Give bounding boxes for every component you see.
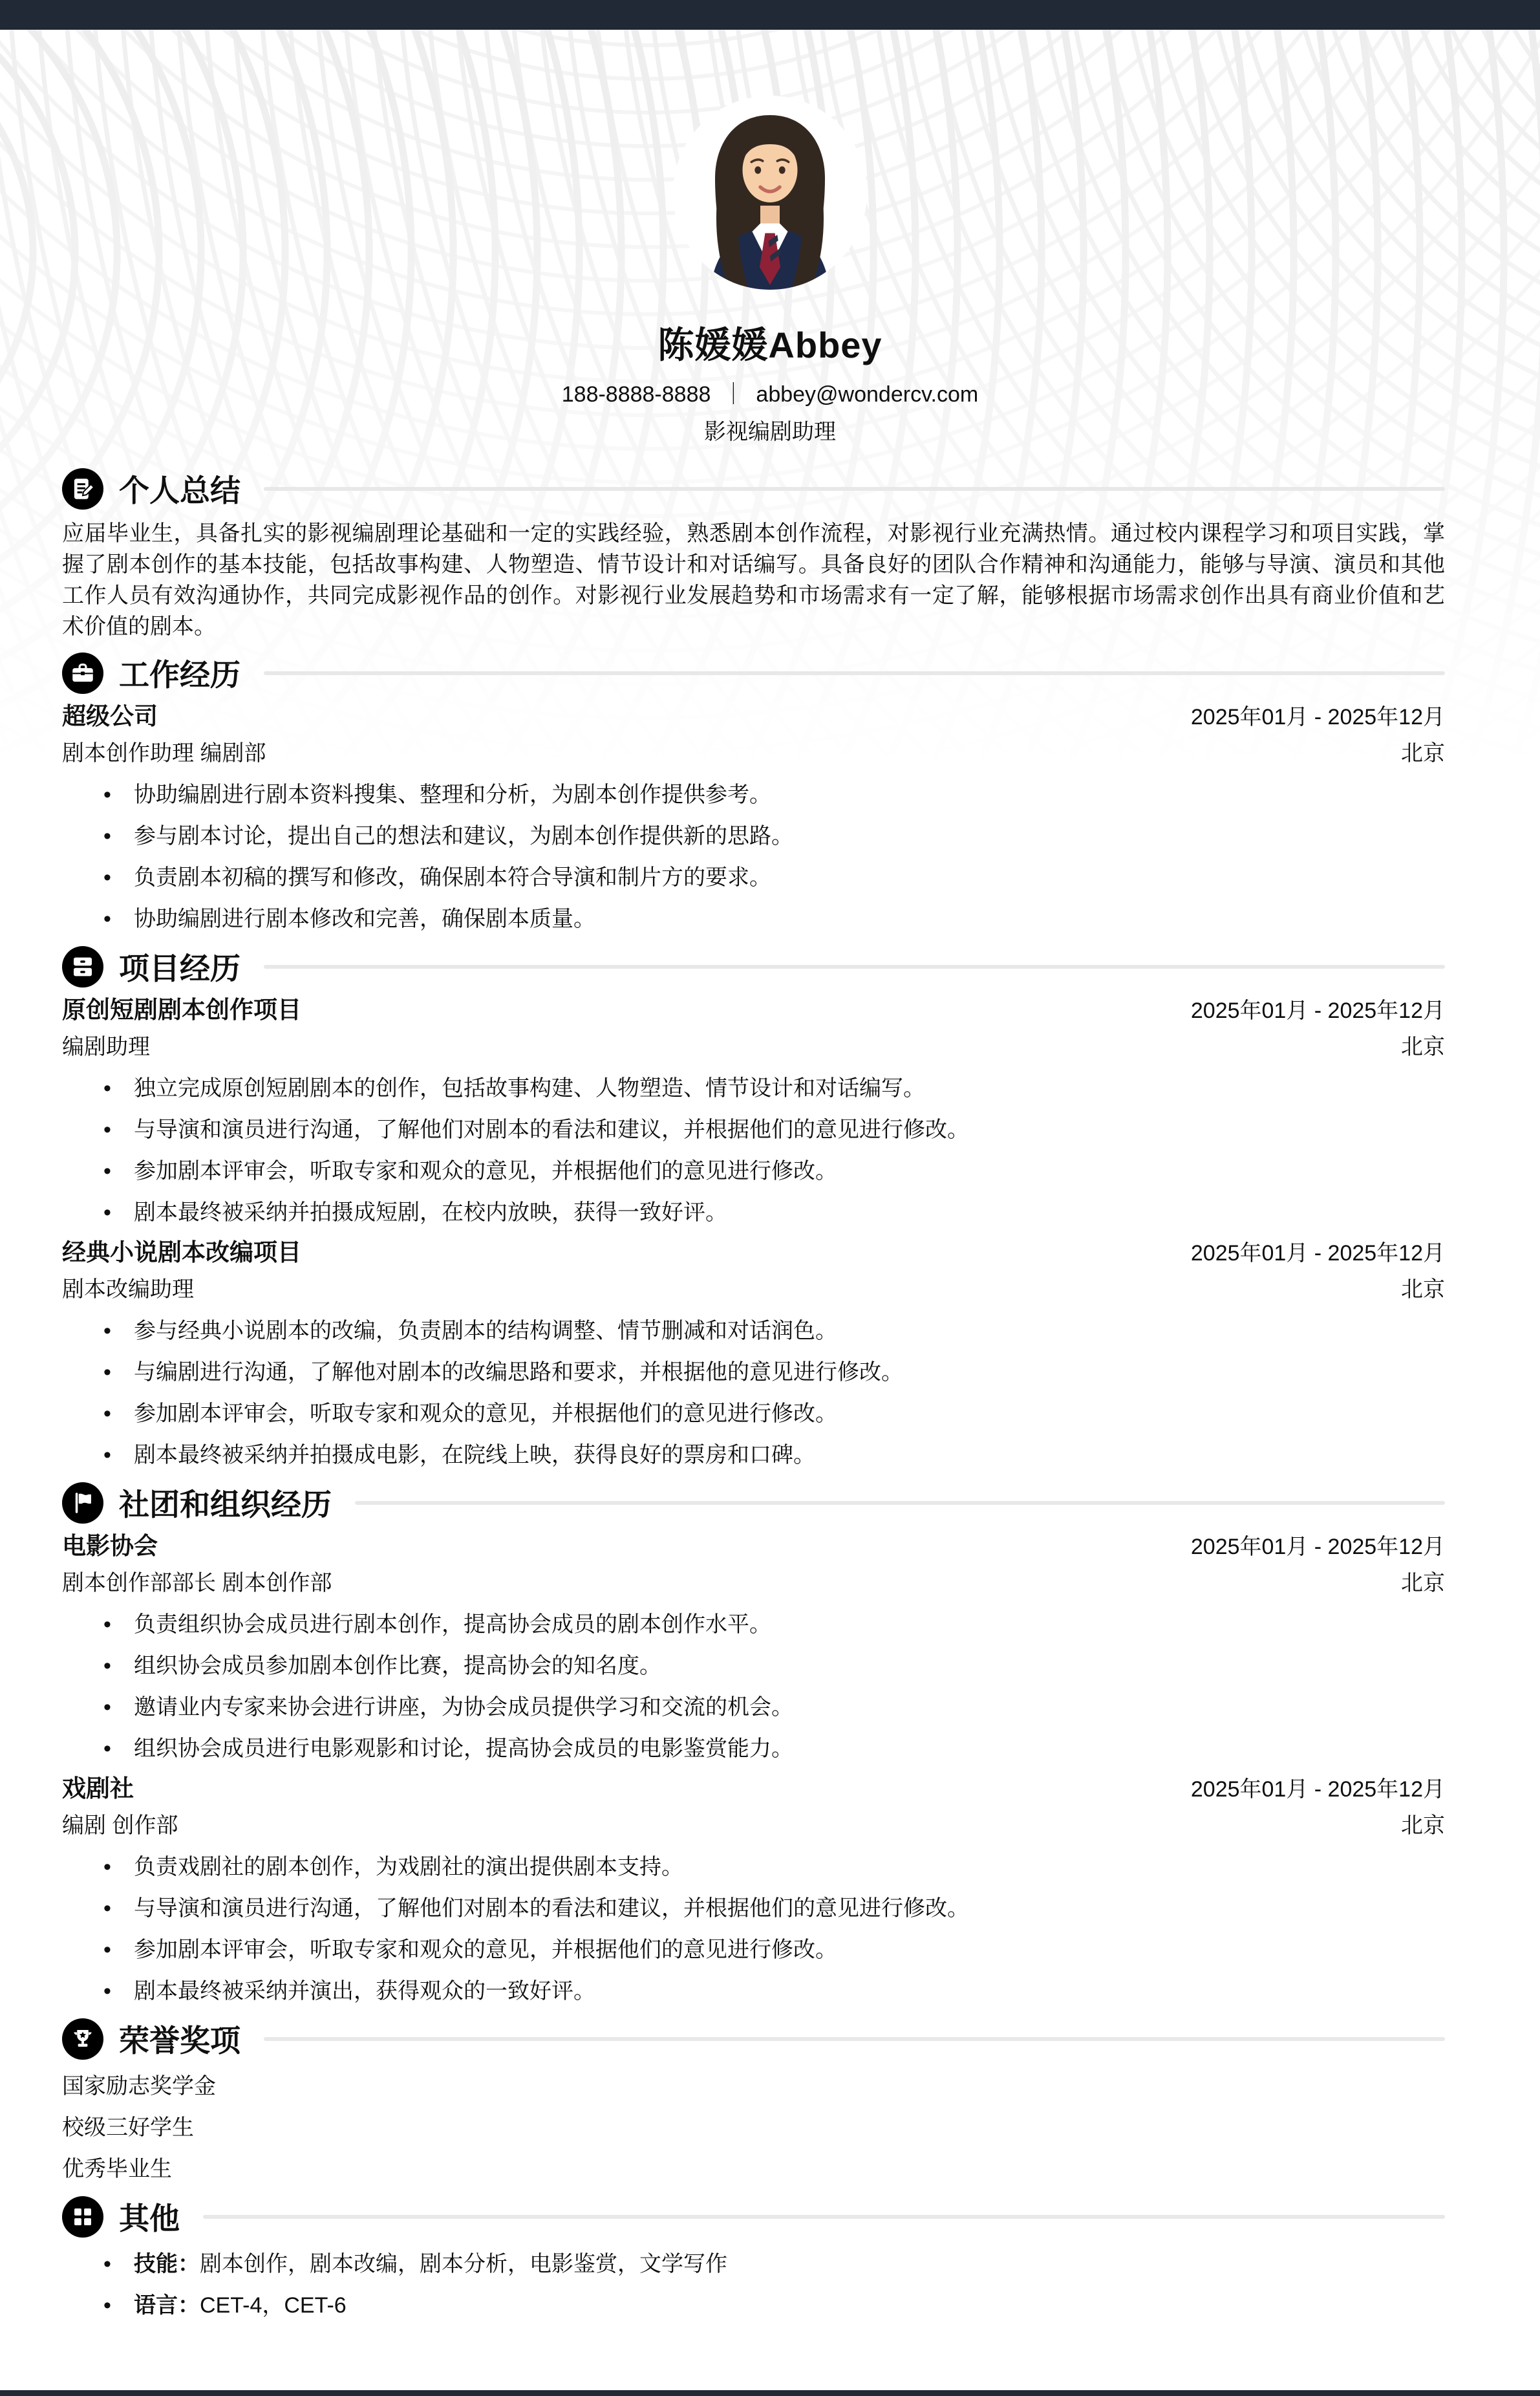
job-title: 影视编剧助理 bbox=[0, 416, 1540, 448]
pencil-document-icon bbox=[62, 468, 103, 510]
skills-text: 剧本创作，剧本改编，剧本分析，电影鉴赏，文学写作 bbox=[200, 2252, 727, 2276]
section-header: 其他 bbox=[62, 2195, 1445, 2238]
section-other: 其他 技能：剧本创作，剧本改编，剧本分析，电影鉴赏，文学写作 语言：CET-4，… bbox=[62, 2195, 1445, 2321]
section-honors: 荣誉奖项 国家励志奖学金 校级三好学生 优秀毕业生 bbox=[62, 2017, 1445, 2185]
languages-text: CET-4，CET-6 bbox=[200, 2293, 347, 2318]
phone-number: 188-8888-8888 bbox=[562, 382, 711, 407]
bullet-item: 剧本最终被采纳并拍摄成电影，在院线上映，获得良好的票房和口碑。 bbox=[62, 1440, 1445, 1471]
entry-organization: 戏剧社 bbox=[62, 1775, 134, 1803]
bullet-item: 独立完成原创短剧剧本的创作，包括故事构建、人物塑造、情节设计和对话编写。 bbox=[62, 1073, 1445, 1104]
section-header: 工作经历 bbox=[62, 651, 1445, 695]
entry-role: 编剧 创作部 bbox=[62, 1810, 178, 1841]
bullet-item: 剧本最终被采纳并拍摄成短剧，在校内放映，获得一致好评。 bbox=[62, 1197, 1445, 1228]
section-project-experience: 项目经历 原创短剧剧本创作项目 2025年01月 - 2025年12月 编剧助理… bbox=[62, 945, 1445, 1471]
bullet-item: 组织协会成员进行电影观影和讨论，提高协会成员的电影鉴赏能力。 bbox=[62, 1733, 1445, 1764]
candidate-name: 陈媛媛Abbey bbox=[0, 317, 1540, 369]
section-title: 项目经历 bbox=[119, 945, 241, 988]
person-portrait-illustration bbox=[673, 96, 867, 290]
section-club-experience: 社团和组织经历 电影协会 2025年01月 - 2025年12月 剧本创作部部长… bbox=[62, 1481, 1445, 2007]
bullet-item: 负责剧本初稿的撰写和修改，确保剧本符合导演和制片方的要求。 bbox=[62, 862, 1445, 893]
entry-date-range: 2025年01月 - 2025年12月 bbox=[1191, 1775, 1445, 1804]
entry-date-range: 2025年01月 - 2025年12月 bbox=[1191, 1533, 1445, 1561]
entry-organization: 原创短剧剧本创作项目 bbox=[62, 996, 301, 1024]
entry-organization: 超级公司 bbox=[62, 702, 158, 731]
languages-label: 语言： bbox=[134, 2293, 200, 2318]
section-title: 工作经历 bbox=[119, 651, 241, 695]
bullet-item: 剧本最终被采纳并演出，获得观众的一致好评。 bbox=[62, 1976, 1445, 2007]
bullet-item: 负责戏剧社的剧本创作，为戏剧社的演出提供剧本支持。 bbox=[62, 1851, 1445, 1883]
section-title: 其他 bbox=[119, 2195, 180, 2238]
bullet-list: 技能：剧本创作，剧本改编，剧本分析，电影鉴赏，文学写作 语言：CET-4，CET… bbox=[62, 2249, 1445, 2321]
entry-organization: 电影协会 bbox=[62, 1532, 158, 1560]
section-title: 荣誉奖项 bbox=[119, 2017, 241, 2060]
bullet-item: 协助编剧进行剧本修改和完善，确保剧本质量。 bbox=[62, 903, 1445, 934]
bullet-item: 参与剧本讨论，提出自己的想法和建议，为剧本创作提供新的思路。 bbox=[62, 821, 1445, 852]
resume-page: { "theme": { "top_bar_color": "#212836",… bbox=[0, 0, 1540, 2396]
honor-item: 优秀毕业生 bbox=[62, 2153, 1445, 2185]
bullet-item: 与导演和演员进行沟通，了解他们对剧本的看法和建议，并根据他们的意见进行修改。 bbox=[62, 1893, 1445, 1924]
bullet-list: 负责组织协会成员进行剧本创作，提高协会成员的剧本创作水平。 组织协会成员参加剧本… bbox=[62, 1609, 1445, 1764]
bullet-item: 协助编剧进行剧本资料搜集、整理和分析，为剧本创作提供参考。 bbox=[62, 779, 1445, 810]
entry-location: 北京 bbox=[1401, 738, 1445, 769]
entry-role: 剧本创作部部长 剧本创作部 bbox=[62, 1568, 332, 1599]
skills-label: 技能： bbox=[134, 2252, 200, 2276]
bullet-list: 参与经典小说剧本的改编，负责剧本的结构调整、情节删减和对话润色。 与编剧进行沟通… bbox=[62, 1315, 1445, 1471]
entry-role: 剧本创作助理 编剧部 bbox=[62, 738, 266, 769]
bullet-item: 组织协会成员参加剧本创作比赛，提高协会的知名度。 bbox=[62, 1650, 1445, 1681]
bullet-item: 与编剧进行沟通，了解他对剧本的改编思路和要求，并根据他的意见进行修改。 bbox=[62, 1357, 1445, 1388]
grid-icon bbox=[62, 2196, 103, 2238]
section-work-experience: 工作经历 超级公司 2025年01月 - 2025年12月 剧本创作助理 编剧部… bbox=[62, 651, 1445, 934]
project-entry: 经典小说剧本改编项目 2025年01月 - 2025年12月 剧本改编助理 北京… bbox=[62, 1238, 1445, 1471]
project-entry: 原创短剧剧本创作项目 2025年01月 - 2025年12月 编剧助理 北京 独… bbox=[62, 996, 1445, 1228]
bullet-item: 负责组织协会成员进行剧本创作，提高协会成员的剧本创作水平。 bbox=[62, 1609, 1445, 1640]
section-header: 社团和组织经历 bbox=[62, 1481, 1445, 1524]
experience-entry: 超级公司 2025年01月 - 2025年12月 剧本创作助理 编剧部 北京 协… bbox=[62, 702, 1445, 934]
bullet-list: 独立完成原创短剧剧本的创作，包括故事构建、人物塑造、情节设计和对话编写。 与导演… bbox=[62, 1073, 1445, 1228]
email-address: abbey@wondercv.com bbox=[756, 382, 978, 407]
section-divider bbox=[203, 2215, 1445, 2219]
summary-paragraph: 应届毕业生，具备扎实的影视编剧理论基础和一定的实践经验，熟悉剧本创作流程，对影视… bbox=[62, 518, 1445, 642]
bullet-item: 邀请业内专家来协会进行讲座，为协会成员提供学习和交流的机会。 bbox=[62, 1692, 1445, 1723]
bullet-item: 参加剧本评审会，听取专家和观众的意见，并根据他们的意见进行修改。 bbox=[62, 1156, 1445, 1187]
flag-icon bbox=[62, 1482, 103, 1524]
entry-role: 编剧助理 bbox=[62, 1031, 150, 1063]
section-divider bbox=[355, 1501, 1445, 1505]
entry-date-range: 2025年01月 - 2025年12月 bbox=[1191, 1239, 1445, 1268]
bullet-item: 参加剧本评审会，听取专家和观众的意见，并根据他们的意见进行修改。 bbox=[62, 1398, 1445, 1429]
section-header: 项目经历 bbox=[62, 945, 1445, 988]
trophy-icon bbox=[62, 2018, 103, 2060]
section-divider bbox=[264, 965, 1445, 969]
profile-photo bbox=[673, 96, 867, 290]
entry-role: 剧本改编助理 bbox=[62, 1274, 194, 1305]
honor-item: 国家励志奖学金 bbox=[62, 2071, 1445, 2102]
entry-location: 北京 bbox=[1401, 1274, 1445, 1305]
contact-line: 188-8888-8888｜abbey@wondercv.com bbox=[0, 379, 1540, 410]
languages-item: 语言：CET-4，CET-6 bbox=[62, 2290, 1445, 2321]
bullet-item: 参与经典小说剧本的改编，负责剧本的结构调整、情节删减和对话润色。 bbox=[62, 1315, 1445, 1346]
entry-date-range: 2025年01月 - 2025年12月 bbox=[1191, 703, 1445, 731]
entry-location: 北京 bbox=[1401, 1031, 1445, 1063]
section-title: 社团和组织经历 bbox=[119, 1481, 332, 1524]
bullet-item: 与导演和演员进行沟通，了解他们对剧本的看法和建议，并根据他们的意见进行修改。 bbox=[62, 1114, 1445, 1145]
entry-date-range: 2025年01月 - 2025年12月 bbox=[1191, 997, 1445, 1025]
section-header: 荣誉奖项 bbox=[62, 2017, 1445, 2060]
top-bar bbox=[0, 0, 1540, 30]
section-personal-summary: 个人总结 应届毕业生，具备扎实的影视编剧理论基础和一定的实践经验，熟悉剧本创作流… bbox=[62, 467, 1445, 642]
bullet-list: 协助编剧进行剧本资料搜集、整理和分析，为剧本创作提供参考。 参与剧本讨论，提出自… bbox=[62, 779, 1445, 934]
club-entry: 戏剧社 2025年01月 - 2025年12月 编剧 创作部 北京 负责戏剧社的… bbox=[62, 1775, 1445, 2007]
entry-organization: 经典小说剧本改编项目 bbox=[62, 1238, 301, 1267]
club-entry: 电影协会 2025年01月 - 2025年12月 剧本创作部部长 剧本创作部 北… bbox=[62, 1532, 1445, 1764]
archive-box-icon bbox=[62, 946, 103, 988]
honor-item: 校级三好学生 bbox=[62, 2112, 1445, 2143]
section-divider bbox=[264, 671, 1445, 675]
contact-separator: ｜ bbox=[722, 382, 744, 407]
section-header: 个人总结 bbox=[62, 467, 1445, 510]
section-divider bbox=[264, 2037, 1445, 2041]
section-divider bbox=[264, 487, 1445, 491]
section-title: 个人总结 bbox=[119, 467, 241, 510]
briefcase-icon bbox=[62, 653, 103, 694]
entry-location: 北京 bbox=[1401, 1568, 1445, 1599]
entry-location: 北京 bbox=[1401, 1810, 1445, 1841]
bottom-bar bbox=[0, 2390, 1540, 2396]
bullet-item: 参加剧本评审会，听取专家和观众的意见，并根据他们的意见进行修改。 bbox=[62, 1934, 1445, 1965]
skills-item: 技能：剧本创作，剧本改编，剧本分析，电影鉴赏，文学写作 bbox=[62, 2249, 1445, 2280]
bullet-list: 负责戏剧社的剧本创作，为戏剧社的演出提供剧本支持。 与导演和演员进行沟通，了解他… bbox=[62, 1851, 1445, 2007]
